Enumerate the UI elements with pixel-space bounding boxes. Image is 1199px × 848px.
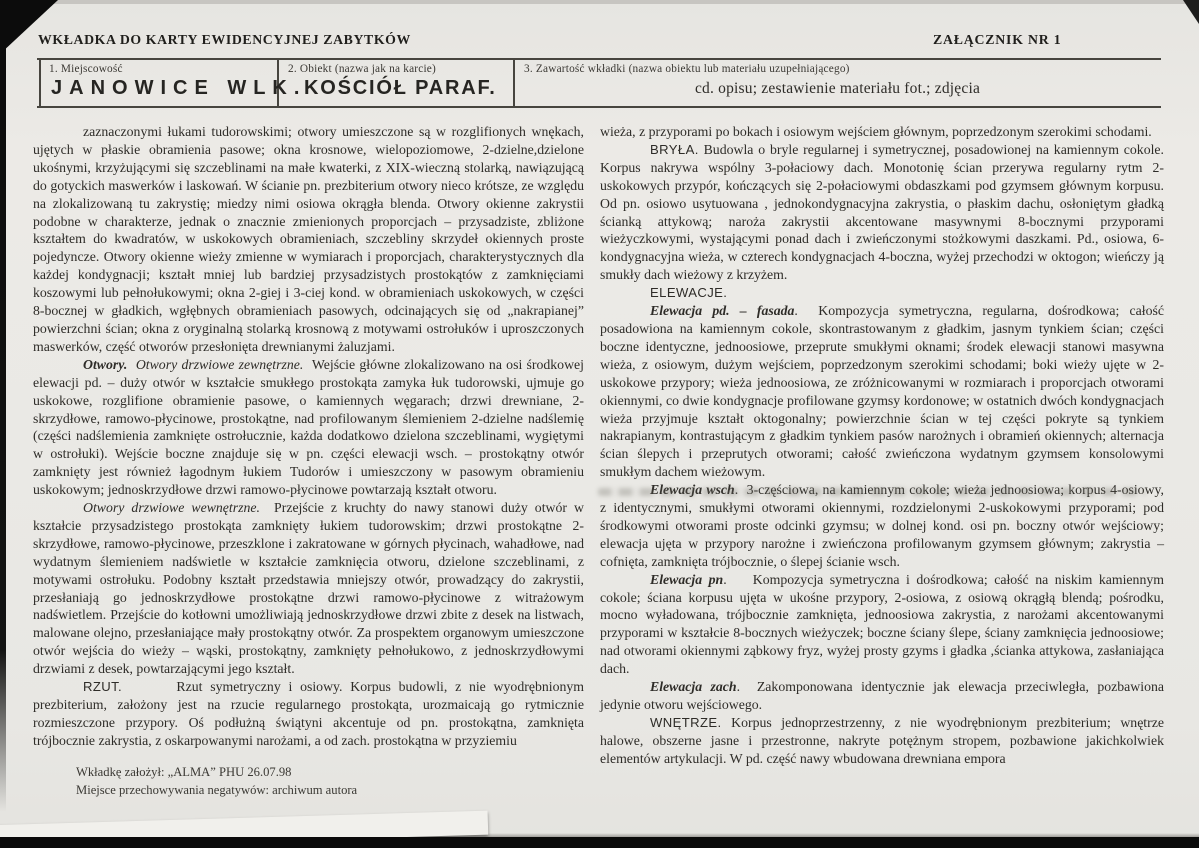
- scan-top-shade: [0, 0, 1199, 4]
- paragraph: Elewacja zach. Zakomponowana identycznie…: [600, 678, 1164, 714]
- body-columns: zaznaczonymi łukami tudorowskimi; otwory…: [33, 123, 1164, 768]
- paragraph: BRYŁA. Budowla o bryle regularnej i syme…: [600, 141, 1164, 284]
- text-run: [127, 357, 135, 372]
- text-run: Budowla o bryle regularnej i symetryczne…: [600, 142, 1164, 282]
- paragraph: zaznaczonymi łukami tudorowskimi; otwory…: [33, 123, 584, 356]
- paragraph: ELEWACJE.: [600, 284, 1164, 302]
- paragraph: RZUT. Rzut symetryczny i osiowy. Korpus …: [33, 678, 584, 750]
- document-title: WKŁADKA DO KARTY EWIDENCYJNEJ ZABYTKÓW: [38, 32, 411, 48]
- paragraph: Elewacja pn. Kompozycja symetryczna i do…: [600, 571, 1164, 678]
- annex-label: ZAŁĄCZNIK NR 1: [933, 32, 1062, 48]
- text-run: . Kompozycja symetryczna, regularna, doś…: [600, 303, 1164, 479]
- text-run: Elewacja pd. – fasada: [650, 303, 794, 318]
- text-run: Otwory drzwiowe zewnętrzne.: [136, 357, 304, 372]
- show-through-artifact: [598, 488, 1146, 496]
- field-label-locality: 1. Miejscowość: [49, 63, 123, 75]
- section-heading: ELEWACJE.: [650, 285, 727, 300]
- paragraph: Otwory. Otwory drzwiowe zewnętrzne. Wejś…: [33, 356, 584, 499]
- text-run: Elewacja pn: [650, 572, 723, 587]
- scan-corner-top-right: [1183, 0, 1199, 24]
- field-label-object: 2. Obiekt (nazwa jak na karcie): [288, 63, 436, 75]
- text-run: wieża, z przyporami po bokach i osiowym …: [600, 124, 1152, 139]
- field-value-contents: cd. opisu; zestawienie materiału fot.; z…: [514, 80, 1161, 98]
- field-label-contents: 3. Zawartość wkładki (nazwa obiektu lub …: [524, 63, 850, 75]
- field-value-locality: JANOWICE WLK.: [51, 77, 306, 100]
- text-run: Elewacja zach: [650, 679, 737, 694]
- field-value-object: KOŚCIÓŁ PARAF.: [304, 77, 497, 100]
- scan-edge-bottom: [0, 837, 1199, 848]
- table-rule-bottom: [37, 106, 1161, 108]
- scan-edge-left: [0, 0, 6, 812]
- paragraph: Otwory drzwiowe wewnętrzne. Przejście z …: [33, 499, 584, 678]
- section-heading: WNĘTRZE.: [650, 715, 722, 730]
- section-heading: BRYŁA.: [650, 142, 699, 157]
- text-run: Otwory drzwiowe wewnętrzne.: [83, 500, 260, 515]
- text-run: Przejście z kruchty do nawy stanowi duży…: [33, 500, 584, 676]
- text-run: . Kompozycja symetryczna i dośrodkowa; c…: [600, 572, 1164, 677]
- scanned-record-card-page: WKŁADKA DO KARTY EWIDENCYJNEJ ZABYTKÓW Z…: [0, 0, 1199, 848]
- footer-founder-line: Wkładkę założył: „ALMA” PHU 26.07.98: [76, 764, 357, 782]
- footer: Wkładkę założył: „ALMA” PHU 26.07.98 Mie…: [76, 764, 357, 799]
- table-border-left: [39, 59, 41, 106]
- text-run: Otwory.: [83, 357, 127, 372]
- text-column-right: wieża, z przyporami po bokach i osiowym …: [600, 123, 1164, 768]
- section-heading: RZUT.: [83, 679, 122, 694]
- paragraph: Elewacja pd. – fasada. Kompozycja symetr…: [600, 302, 1164, 481]
- table-rule-top: [37, 58, 1161, 60]
- footer-negatives-line: Miejsce przechowywania negatywów: archiw…: [76, 782, 357, 800]
- text-run: zaznaczonymi łukami tudorowskimi; otwory…: [33, 124, 584, 354]
- text-run: Wejście główne zlokalizowano na osi środ…: [33, 357, 584, 497]
- paragraph: wieża, z przyporami po bokach i osiowym …: [600, 123, 1164, 141]
- paragraph: WNĘTRZE. Korpus jednoprzestrzenny, z nie…: [600, 714, 1164, 768]
- text-column-left: zaznaczonymi łukami tudorowskimi; otwory…: [33, 123, 584, 768]
